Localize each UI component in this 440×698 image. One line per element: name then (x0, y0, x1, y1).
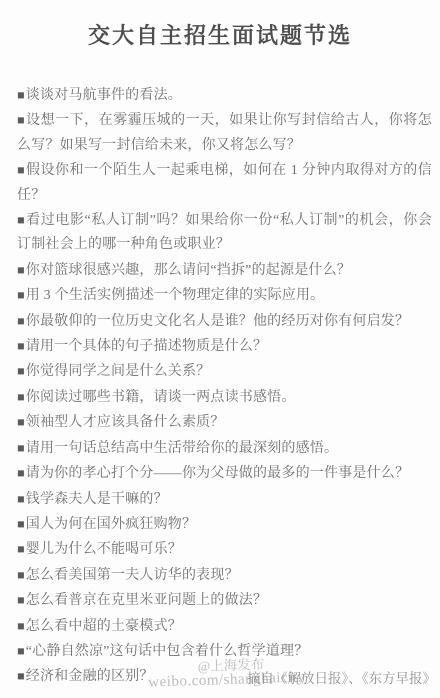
bullet-square-icon: ■ (17, 415, 25, 429)
bullet-square-icon: ■ (17, 466, 25, 480)
bullet-square-icon: ■ (17, 163, 25, 177)
page-title: 交大自主招生面试题节选 (0, 0, 440, 50)
question-text: 钱学森夫人是干嘛的？ (26, 492, 168, 507)
question-text: 怎么看中超的土豪模式？ (26, 619, 182, 634)
question-item: ■钱学森夫人是干嘛的？ (17, 487, 432, 512)
bullet-square-icon: ■ (17, 492, 25, 506)
question-text: 用 3 个生活实例描述一个物理定律的实际应用。 (26, 288, 325, 303)
question-text: 谈谈对马航事件的看法。 (26, 88, 182, 103)
bullet-square-icon: ■ (17, 619, 25, 633)
question-item: ■怎么看美国第一夫人访华的表现？ (17, 563, 432, 588)
bullet-square-icon: ■ (17, 542, 25, 556)
bullet-square-icon: ■ (17, 288, 25, 302)
question-item: ■设想一下，在雾霾压城的一天，如果让你写封信给古人，你将怎么写？如果写一封信给未… (17, 108, 432, 158)
question-item: ■婴儿为什么不能喝可乐？ (17, 537, 432, 562)
question-item: ■你对篮球很感兴趣，那么请问“挡拆”的起源是什么？ (17, 258, 432, 283)
bullet-square-icon: ■ (17, 213, 25, 227)
footer: @上海发布 weibo.com/shanghaicity 摘自《解放日报》、《东… (0, 654, 440, 698)
question-text: 国人为何在国外疯狂购物？ (26, 517, 196, 532)
question-text: 请用一句话总结高中生活带给你的最深刻的感悟。 (26, 441, 338, 456)
question-item: ■领袖型人才应该具备什么素质？ (17, 410, 432, 435)
bullet-square-icon: ■ (17, 517, 25, 531)
source-attribution: 摘自《解放日报》、《东方早报》 (247, 667, 436, 687)
bullet-square-icon: ■ (17, 314, 25, 328)
question-text: 看过电影“私人订制”吗？如果给你一份“私人订制”的机会，你会订制社会上的哪一种角… (17, 213, 432, 252)
question-text: 你阅读过哪些书籍，请谈一两点读书感悟。 (26, 390, 296, 405)
question-text: 你对篮球很感兴趣，那么请问“挡拆”的起源是什么？ (26, 263, 351, 278)
question-text: 请为你的孝心打个分——你为父母做的最多的一件事是什么？ (26, 466, 409, 481)
question-item: ■请用一个具体的句子描述物质是什么？ (17, 334, 432, 359)
question-item: ■你觉得同学之间是什么关系？ (17, 359, 432, 384)
bullet-square-icon: ■ (17, 113, 25, 127)
question-item: ■国人为何在国外疯狂购物？ (17, 512, 432, 537)
question-item: ■怎么看中超的土豪模式？ (17, 614, 432, 639)
bullet-square-icon: ■ (17, 263, 25, 277)
question-item: ■请用一句话总结高中生活带给你的最深刻的感悟。 (17, 436, 432, 461)
question-item: ■你阅读过哪些书籍，请谈一两点读书感悟。 (17, 385, 432, 410)
question-item: ■假设你和一个陌生人一起乘电梯，如何在 1 分钟内取得对方的信任？ (17, 158, 432, 208)
question-text: 婴儿为什么不能喝可乐？ (26, 542, 182, 557)
question-item: ■看过电影“私人订制”吗？如果给你一份“私人订制”的机会，你会订制社会上的哪一种… (17, 208, 432, 258)
bullet-square-icon: ■ (17, 568, 25, 582)
question-text: 你觉得同学之间是什么关系？ (26, 364, 211, 379)
bullet-square-icon: ■ (17, 593, 25, 607)
question-text: 你最敬仰的一位历史文化名人是谁？他的经历对你有何启发？ (26, 314, 409, 329)
question-text: 领袖型人才应该具备什么素质？ (26, 415, 225, 430)
question-list: ■谈谈对马航事件的看法。■设想一下，在雾霾压城的一天，如果让你写封信给古人，你将… (17, 83, 432, 690)
question-item: ■你最敬仰的一位历史文化名人是谁？他的经历对你有何启发？ (17, 309, 432, 334)
question-text: 设想一下，在雾霾压城的一天，如果让你写封信给古人，你将怎么写？如果写一封信给未来… (17, 113, 432, 152)
question-item: ■谈谈对马航事件的看法。 (17, 83, 432, 108)
bullet-square-icon: ■ (17, 390, 25, 404)
bullet-square-icon: ■ (17, 339, 25, 353)
bullet-square-icon: ■ (17, 364, 25, 378)
question-text: 假设你和一个陌生人一起乘电梯，如何在 1 分钟内取得对方的信任？ (17, 163, 432, 202)
question-text: 怎么看美国第一夫人访华的表现？ (26, 568, 239, 583)
bullet-square-icon: ■ (17, 88, 25, 102)
question-text: 怎么看普京在克里米亚问题上的做法？ (26, 593, 267, 608)
question-item: ■怎么看普京在克里米亚问题上的做法？ (17, 588, 432, 613)
document-page: 交大自主招生面试题节选 ■谈谈对马航事件的看法。■设想一下，在雾霾压城的一天，如… (0, 0, 440, 698)
question-item: ■用 3 个生活实例描述一个物理定律的实际应用。 (17, 283, 432, 308)
bullet-square-icon: ■ (17, 441, 25, 455)
question-item: ■请为你的孝心打个分——你为父母做的最多的一件事是什么？ (17, 461, 432, 486)
question-text: 请用一个具体的句子描述物质是什么？ (26, 339, 267, 354)
